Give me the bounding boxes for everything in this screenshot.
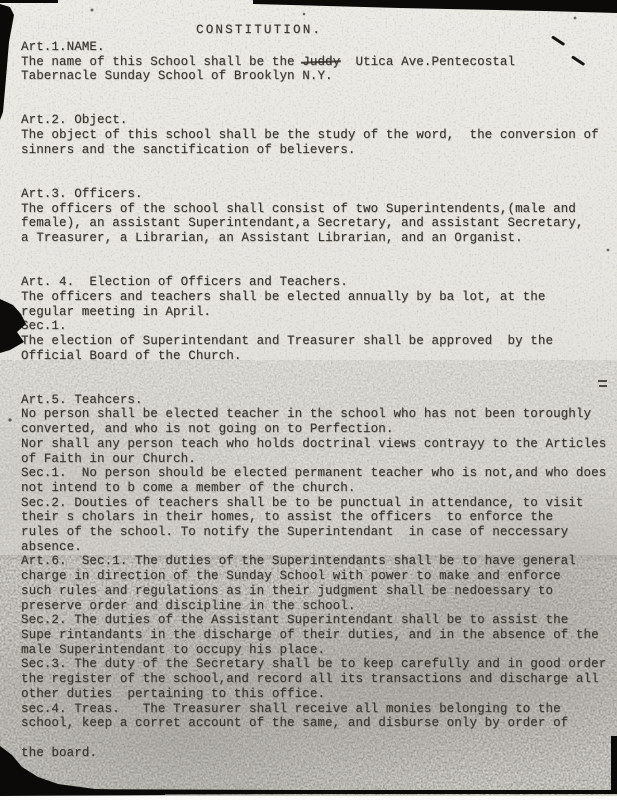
document-line: Sec.2. The duties of the Assistant Super… xyxy=(21,613,617,628)
document-line: Sec.3. The duty of the Secretary shall b… xyxy=(21,657,617,672)
document-line: sinners and the sanctification of believ… xyxy=(21,143,617,158)
document-line xyxy=(21,84,617,99)
document-line: female), an assistant Superintendant,a S… xyxy=(21,216,617,231)
document-line: the register of the school,and record al… xyxy=(21,672,617,687)
document-line: school, keep a corret account of the sam… xyxy=(21,716,617,731)
document-line xyxy=(21,172,617,187)
document-line xyxy=(21,363,617,378)
document-line xyxy=(21,260,617,275)
document-line: The name of this School shall be the Jud… xyxy=(21,55,617,70)
document-line: a Treasurer, a Librarian, an Assistant L… xyxy=(21,231,617,246)
document-line xyxy=(21,731,617,746)
document-line: the board. xyxy=(21,746,617,761)
document-line: charge in direction of the Sunday School… xyxy=(21,569,617,584)
document-line: not intend to b come a member of the chu… xyxy=(21,481,617,496)
document-line: rules of the school. To notify the Super… xyxy=(21,525,617,540)
document-line: The election of Superintendant and Treas… xyxy=(21,334,617,349)
document-line: Nor shall any person teach who holds doc… xyxy=(21,437,617,452)
document-line: Supe rintandants in the discharge of the… xyxy=(21,628,617,643)
document-line: absence. xyxy=(21,540,617,555)
document-line: male Superintendant to occupy his place. xyxy=(21,643,617,658)
document-line: converted, and who is not going on to Pe… xyxy=(21,422,617,437)
scanned-document-screenshot: { "colors": { "ink": "#38342e", "paper":… xyxy=(0,0,617,800)
document-line: The object of this school shall be the s… xyxy=(21,128,617,143)
document-line: Art.3. Officers. xyxy=(21,187,617,202)
struck-out-word: Juddy xyxy=(302,55,340,69)
line-segment: The name of this School shall be the xyxy=(21,55,302,69)
document-line: Art.6. Sec.1. The duties of the Superint… xyxy=(21,554,617,569)
line-segment: Utica Ave.Pentecostal xyxy=(340,55,515,69)
document-line xyxy=(21,378,617,393)
document-line: The officers of the school shall consist… xyxy=(21,202,617,217)
document-line xyxy=(21,158,617,173)
document-line: Sec.1. No person should be elected perma… xyxy=(21,466,617,481)
document-line: Art.1.NAME. xyxy=(21,40,617,55)
document-line: regular meeting in April. xyxy=(21,305,617,320)
document-title: CONSTITUTION. xyxy=(196,23,322,37)
document-line: preserve order and discipline in the sch… xyxy=(21,599,617,614)
document-line: Tabernacle Sunday School of Brooklyn N.Y… xyxy=(21,69,617,84)
document-line: such rules and regulations as in their j… xyxy=(21,584,617,599)
document-line: Art.2. Object. xyxy=(21,113,617,128)
document-line: other duties pertaining to this office. xyxy=(21,687,617,702)
document-line: Art. 4. Election of Officers and Teacher… xyxy=(21,275,617,290)
document-line: Sec.2. Douties of teachers shall be to b… xyxy=(21,496,617,511)
document-line: their s cholars in their homes, to assis… xyxy=(21,510,617,525)
document-line xyxy=(21,99,617,114)
document-line: No person shall be elected teacher in th… xyxy=(21,407,617,422)
document-line: Official Board of the Church. xyxy=(21,349,617,364)
document-line: Sec.1. xyxy=(21,319,617,334)
document-line: Art.5. Teahcers. xyxy=(21,393,617,408)
document-lines: Art.1.NAME.The name of this School shall… xyxy=(21,40,617,760)
document-line: The officers and teachers shall be elect… xyxy=(21,290,617,305)
document-line: of Faith in our Church. xyxy=(21,452,617,467)
document-line xyxy=(21,246,617,261)
document-line: sec.4. Treas. The Treasurer shall receiv… xyxy=(21,702,617,717)
